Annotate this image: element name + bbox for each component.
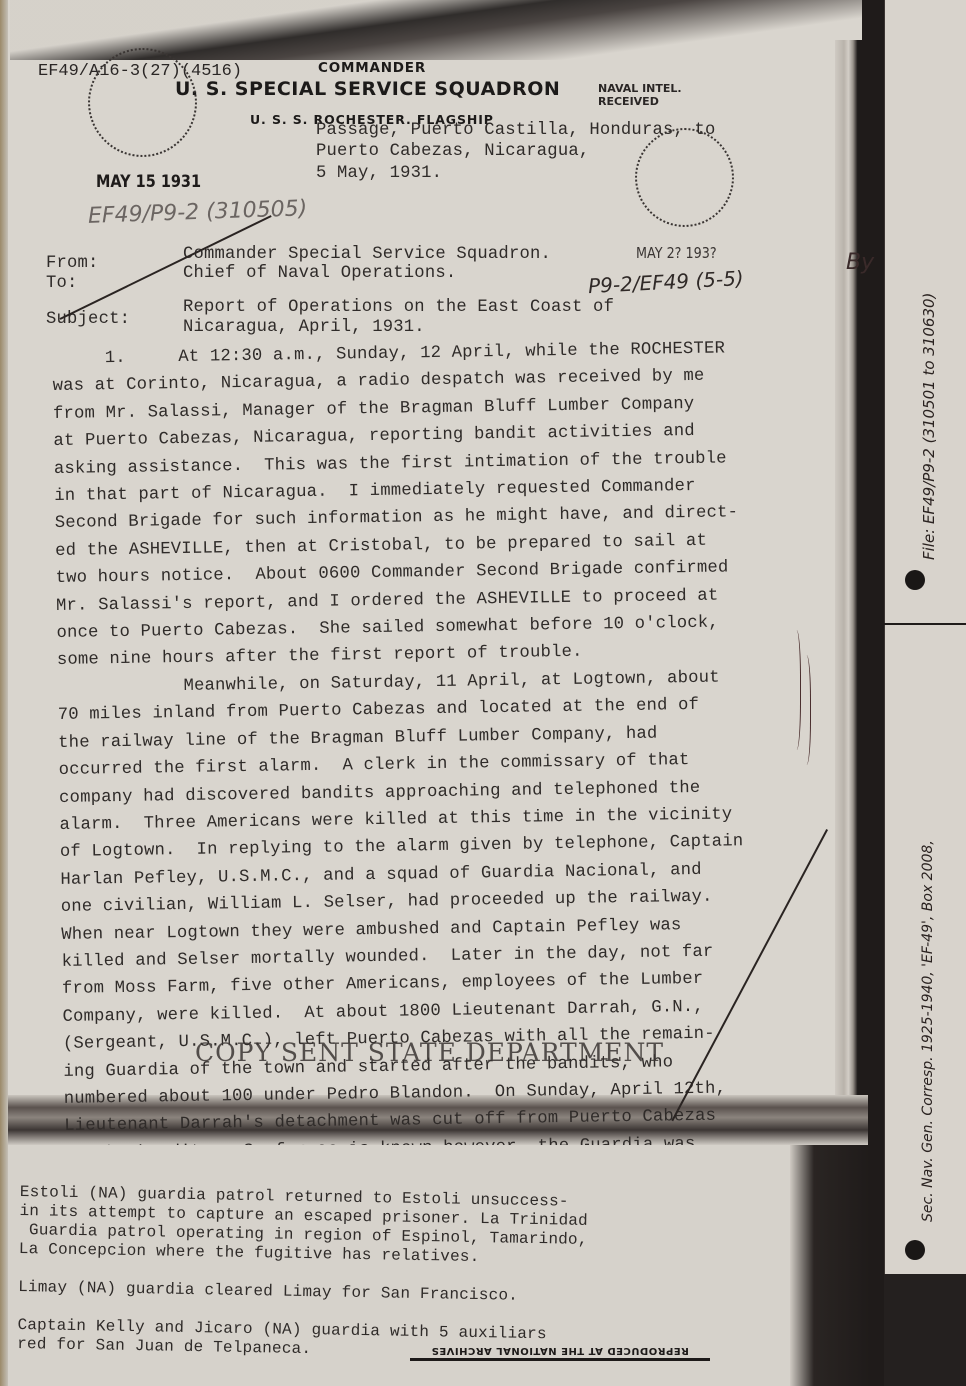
- file-label-lower: Sec. Nav. Gen. Corresp. 1925-1940, 'EF-4…: [920, 840, 936, 1222]
- from-label: From:: [46, 254, 99, 274]
- file-label-divider: [884, 623, 966, 625]
- letter-body: 1. At 12:30 a.m., Sunday, 12 April, whil…: [52, 335, 750, 1277]
- to-value: Chief of Naval Operations.: [183, 264, 456, 284]
- letterhead-line2: U. S. SPECIAL SERVICE SQUADRON: [175, 78, 560, 100]
- to-label: To:: [46, 274, 78, 294]
- binder-hole-icon: [905, 570, 925, 590]
- lower-clipping-shadow: [790, 1145, 870, 1386]
- place-line2: Puerto Cabezas, Nicaragua,: [316, 141, 589, 163]
- letterhead-line1: COMMANDER: [318, 60, 426, 76]
- handwritten-initial: By: [846, 250, 874, 275]
- margin-bracket-mark: [800, 655, 811, 765]
- from-value: Commander Special Service Squadron.: [183, 245, 551, 265]
- file-label-bottom-edge: [884, 1274, 966, 1386]
- file-label-upper: File: EF49/P9-2 (310501 to 310630): [920, 293, 938, 560]
- received-clock-stamp-right: [635, 128, 734, 227]
- page-stack-edge: [835, 40, 865, 1100]
- national-archives-stamp: REPRODUCED AT THE NATIONAL ARCHIVES: [410, 1345, 710, 1361]
- received-clock-stamp-left: [88, 48, 197, 157]
- subject-line1: Report of Operations on the East Coast o…: [183, 298, 614, 318]
- received-date-stamp-left: MAY 15 1931: [96, 172, 201, 192]
- date-line: 5 May, 1931.: [316, 163, 442, 185]
- received-stamp: NAVAL INTEL. RECEIVED: [598, 82, 698, 108]
- copy-sent-stamp: COPY SENT STATE DEPARTMENT: [195, 1038, 664, 1067]
- received-date-stamp-right: MAY 2? 193?: [636, 244, 717, 262]
- subject-line2: Nicaragua, April, 1931.: [183, 318, 425, 338]
- lower-clipping-text: Estoli (NA) guardia patrol returned to E…: [17, 1183, 588, 1364]
- subject-label: Subject:: [46, 310, 130, 330]
- place-line1: Passage, Puerto Castilla, Honduras, to: [316, 120, 716, 142]
- scan-left-edge: [0, 0, 8, 1386]
- binder-hole-icon: [905, 1240, 925, 1260]
